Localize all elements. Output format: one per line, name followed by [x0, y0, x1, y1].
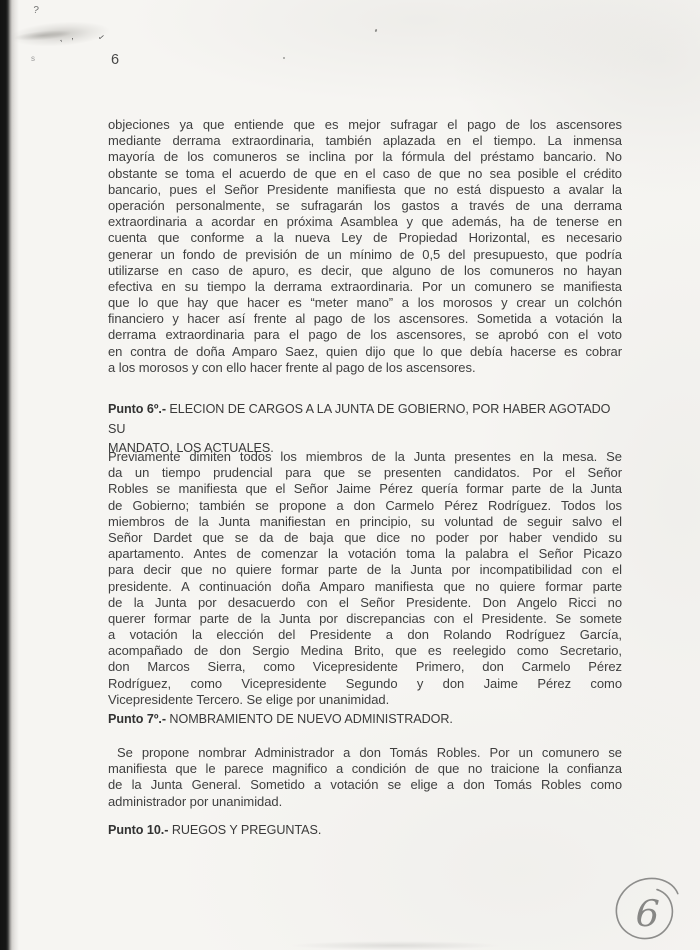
text-line: apartamento. Antes de comenzar la votaci…	[108, 546, 622, 562]
scan-bottom-shadow	[290, 941, 500, 950]
scanned-page: ? , , ✓ s 6 objeciones ya que entiende q…	[0, 0, 700, 950]
text-line: don Marcos Sierra, como Vicepresidente P…	[108, 659, 622, 675]
text-line: a los morosos y con ello hacer frente al…	[108, 360, 622, 376]
text-line: a votación la elección del Presidente a …	[108, 627, 622, 643]
text-line: miembros de la Junta manifiestan en prin…	[108, 514, 622, 530]
heading-punto-10-number: Punto 10.-	[108, 823, 168, 837]
text-line: que lo que hay que hacer es “meter mano”…	[108, 295, 622, 311]
text-line: cuenta que conforme a la nueva Ley de Pr…	[108, 230, 622, 246]
text-line: bancario, pues el Señor Presidente manif…	[108, 182, 622, 198]
text-line: mayoría de los comuneros se inclina por …	[108, 149, 622, 165]
text-line: obstante se toma el acuerdo de que en el…	[108, 166, 622, 182]
text-line: Previamente dimiten todos los miembros d…	[108, 449, 622, 465]
text-line: Vicepresidente Tercero. Se elige por una…	[108, 692, 622, 708]
handwritten-circled-six: 6	[608, 872, 683, 944]
paragraph-eleccion-junta: Previamente dimiten todos los miembros d…	[108, 449, 622, 708]
text-line: efectiva en su tiempo la derrama extraor…	[108, 279, 622, 295]
heading-punto-10: Punto 10.- RUEGOS Y PREGUNTAS.	[108, 822, 622, 838]
paragraph-ascensores: objeciones ya que entiende que es mejor …	[108, 117, 622, 376]
text-line: financiero y hacer así frente al pago de…	[108, 311, 622, 327]
scan-speck	[375, 29, 378, 33]
text-line: querer formar parte de la Junta por disc…	[108, 611, 622, 627]
heading-punto-7-number: Punto 7º.-	[108, 712, 166, 726]
paragraph-administrador: Se propone nombrar Administrador a don T…	[108, 745, 622, 810]
text-line: Se propone nombrar Administrador a don T…	[108, 745, 622, 761]
text-line: Rodríguez, como Vicepresidente Segundo y…	[108, 676, 622, 692]
scan-speck: s	[31, 55, 35, 63]
text-line: utilizarse en caso de apuro, es decir, q…	[108, 263, 622, 279]
text-line: acompañado de don Sergio Medina Brito, q…	[108, 643, 622, 659]
text-line: Robles se manifiesta que el Señor Jaime …	[108, 481, 622, 497]
text-line: operación personalmente, se sufragarán l…	[108, 198, 622, 214]
text-line: de Gobierno; también se propone a don Ca…	[108, 498, 622, 514]
text-line: mediante derrama extraordinaria, también…	[108, 133, 622, 149]
heading-punto-7: Punto 7º.- NOMBRAMIENTO DE NUEVO ADMINIS…	[108, 711, 622, 727]
text-line: presidente. A continuación doña Amparo m…	[108, 579, 622, 595]
text-line: da un tiempo prudencial para que se pres…	[108, 465, 622, 481]
text-line: en contra de doña Amparo Saez, quien dij…	[108, 344, 622, 360]
text-line: generar un fondo de previsión de un míni…	[108, 247, 622, 263]
text-line: administrador por unanimidad.	[108, 794, 622, 810]
text-line: manifiesta que le parece magnifico a con…	[108, 761, 622, 777]
text-line: de la Junta por desacuerdo con el Señor …	[108, 595, 622, 611]
heading-punto-7-text: NOMBRAMIENTO DE NUEVO ADMINISTRADOR.	[166, 712, 453, 726]
text-line: Señor Dardet que se da de baja que dice …	[108, 530, 622, 546]
page-number: 6	[111, 52, 120, 68]
text-line: extraordinaria a acordar en próxima Asam…	[108, 214, 622, 230]
scan-speck: ?	[32, 6, 39, 17]
scan-speck	[283, 57, 285, 59]
text-line: de la Junta General. Sometido a votación…	[108, 777, 622, 793]
handwritten-six: 6	[635, 891, 661, 935]
text-line: derrama extraordinaria para el pago de l…	[108, 327, 622, 343]
heading-punto-6-text-line1: ELECION DE CARGOS A LA JUNTA DE GOBIERNO…	[108, 402, 610, 436]
heading-punto-6-number: Punto 6º.-	[108, 402, 166, 416]
scan-left-edge	[0, 0, 19, 950]
scan-speck: ✓	[97, 33, 105, 42]
text-line: objeciones ya que entiende que es mejor …	[108, 117, 622, 133]
heading-punto-10-text: RUEGOS Y PREGUNTAS.	[168, 823, 321, 837]
text-line: para decir que no quiere formar parte de…	[108, 562, 622, 578]
